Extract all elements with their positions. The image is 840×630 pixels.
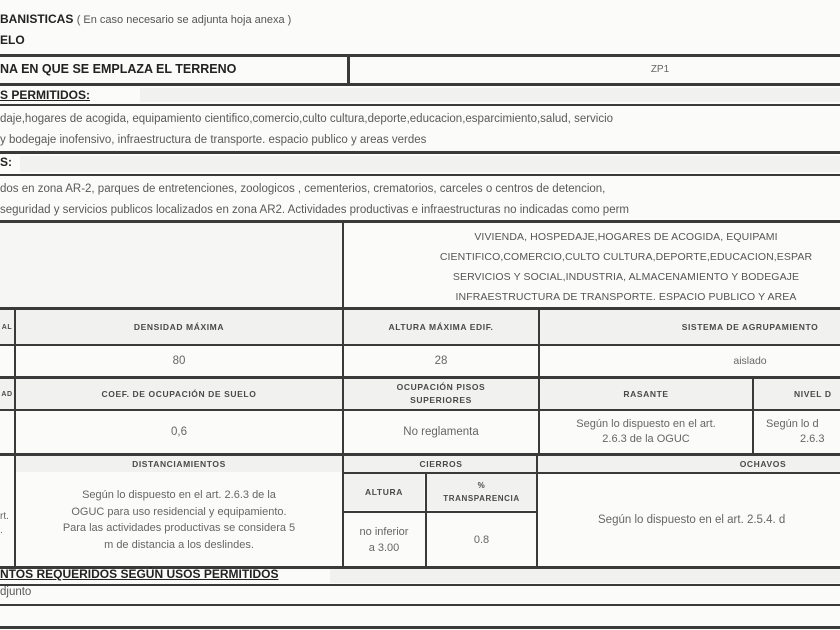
usos-box: VIVIENDA, HOSPEDAJE,HOGARES DE ACOGIDA, …: [346, 230, 840, 305]
cierros-transparencia-header-line-1: %: [478, 479, 486, 492]
altura-maxima-value: 28: [344, 346, 538, 376]
ochavos-value: Según lo dispuesto en el art. 2.5.4. d: [538, 474, 840, 566]
densidad-maxima-value: 80: [16, 346, 342, 376]
distanciamientos-line-2: OGUC para uso residencial y equipamiento…: [71, 504, 286, 521]
divider: [0, 604, 840, 606]
usos-box-line-2: CIENTIFICO,COMERCIO,CULTO CULTURA,DEPORT…: [346, 250, 840, 265]
rasante-header: RASANTE: [540, 379, 752, 409]
usos-prohibidos-line-1: dos en zona AR-2, parques de entretencio…: [0, 182, 605, 197]
divider: [0, 83, 840, 86]
nivel-value-line-1: Según lo d: [766, 417, 819, 432]
ocupacion-pisos-header: OCUPACIÓN PISOS SUPERIORES: [344, 379, 538, 409]
rasante-value-line-2: 2.6.3 de la OGUC: [602, 432, 689, 447]
estacionamientos-label: NTOS REQUERIDOS SEGÚN USOS PERMITIDOS: [0, 567, 278, 581]
divider: [0, 584, 840, 586]
distanciamientos-header: DISTANCIAMIENTOS: [16, 456, 342, 472]
cierros-transparencia-header-line-2: TRANSPARENCIA: [443, 492, 520, 505]
divider: [0, 54, 840, 57]
cierros-altura-value-line-2: a 3.00: [369, 540, 400, 556]
row3-stub-line-2: .: [0, 524, 14, 538]
estacionamientos-shade: [330, 569, 840, 583]
divider: [0, 626, 840, 629]
cierros-altura-header: ALTURA: [344, 474, 424, 510]
coef-ocupacion-header: COEF. DE OCUPACIÓN DE SUELO: [16, 379, 342, 409]
ocupacion-pisos-value: No reglamenta: [344, 411, 538, 453]
coef-ocupacion-value: 0,6: [16, 411, 342, 453]
usos-prohibidos-shade: [20, 156, 840, 172]
usos-permitidos-line-1: daje,hogares de acogida, equipamiento ci…: [0, 112, 613, 127]
cierros-header: CIERROS: [344, 456, 538, 472]
estacionamientos-value: djunto: [0, 585, 31, 600]
distanciamientos-line-3: Para las actividades productivas se cons…: [63, 520, 295, 537]
distanciamientos-line-1: Según lo dispuesto en el art. 2.6.3 de l…: [82, 487, 276, 504]
usos-permitidos-label: S PERMITIDOS:: [0, 88, 90, 102]
cierros-altura-value-line-1: no inferior: [360, 524, 409, 540]
section-title-text: BANISTICAS: [0, 12, 73, 26]
row3-stub: rt. .: [0, 510, 14, 538]
nivel-header: NIVEL D: [754, 379, 840, 409]
densidad-maxima-header: DENSIDAD MÁXIMA: [16, 310, 342, 344]
zona-value: ZP1: [350, 64, 840, 75]
nivel-value-line-2: 2.6.3: [766, 432, 824, 447]
ochavos-header: OCHAVOS: [538, 456, 840, 472]
usos-prohibidos-label: S:: [0, 155, 12, 169]
cierros-transparencia-value: 0.8: [427, 513, 536, 566]
section-title-note: ( En caso necesario se adjunta hoja anex…: [77, 14, 292, 26]
rasante-value-line-1: Según lo dispuesto en el art.: [576, 417, 715, 432]
ocupacion-pisos-header-line-1: OCUPACIÓN PISOS: [397, 381, 486, 394]
usos-permitidos-shade: [140, 88, 840, 102]
nivel-value: Según lo d 2.6.3: [754, 411, 840, 453]
ocupacion-pisos-header-line-2: SUPERIORES: [410, 394, 472, 407]
distanciamientos-value: Según lo dispuesto en el art. 2.6.3 de l…: [16, 474, 342, 566]
usos-box-left-blank: [0, 223, 343, 307]
row1-stub: AL: [0, 310, 14, 344]
usos-permitidos-line-2: y bodegaje inofensivo, infraestructura d…: [0, 133, 426, 148]
rasante-value: Según lo dispuesto en el art. 2.6.3 de l…: [540, 411, 752, 453]
row3-stub-line-1: rt.: [0, 510, 14, 524]
zona-label: NA EN QUE SE EMPLAZA EL TERRENO: [0, 62, 236, 76]
usos-box-line-1: VIVIENDA, HOSPEDAJE,HOGARES DE ACOGIDA, …: [346, 230, 840, 245]
cierros-transparencia-header: % TRANSPARENCIA: [427, 474, 536, 510]
row2-stub: AD: [0, 379, 14, 409]
usos-box-line-4: INFRAESTRUCTURA DE TRANSPORTE. ESPACIO P…: [346, 290, 840, 305]
sistema-agrupamiento-value: aislado: [540, 346, 840, 376]
usos-prohibidos-line-2: seguridad y servicios publicos localizad…: [0, 203, 629, 218]
altura-maxima-header: ALTURA MÁXIMA EDIF.: [344, 310, 538, 344]
divider: [0, 174, 840, 176]
usos-box-line-3: SERVICIOS Y SOCIAL,INDUSTRIA, ALMACENAMI…: [346, 270, 840, 285]
section-subtitle: ELO: [0, 33, 25, 47]
distanciamientos-line-4: m de distancia a los deslindes.: [104, 537, 254, 554]
cierros-altura-value: no inferior a 3.00: [344, 513, 424, 566]
sistema-agrupamiento-header: SISTEMA DE AGRUPAMIENTO: [540, 310, 840, 344]
divider: [0, 151, 840, 154]
section-title: BANISTICAS ( En caso necesario se adjunt…: [0, 12, 291, 26]
divider: [0, 104, 840, 106]
